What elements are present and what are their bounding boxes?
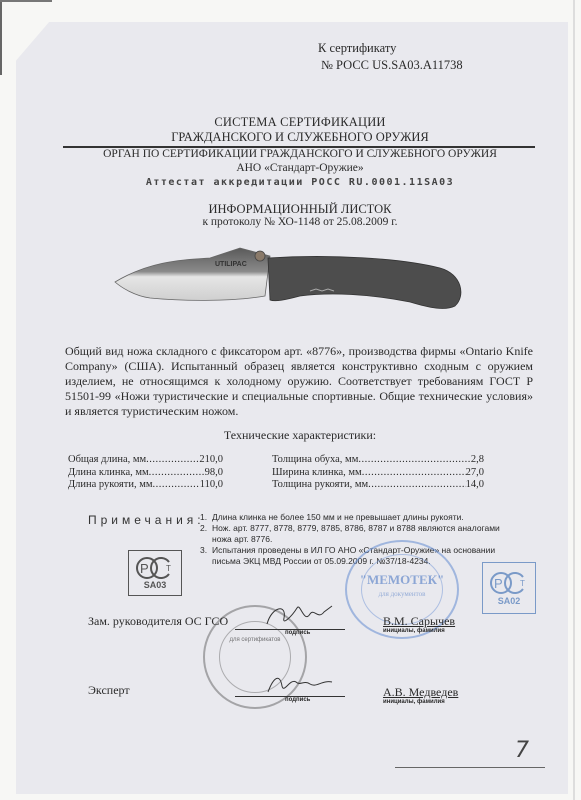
specs-title: Технические характеристики: — [60, 428, 540, 443]
document-title: ИНФОРМАЦИОННЫЙ ЛИСТОК — [60, 202, 540, 217]
leader-dots — [152, 479, 199, 492]
spec-label: Ширина клинка, мм — [272, 467, 362, 480]
knife-photo: UTILIPAC — [110, 236, 470, 316]
note-text: Длина клинка не более 150 мм и не превыш… — [212, 512, 500, 523]
system-title-1: СИСТЕМА СЕРТИФИКАЦИИ — [60, 115, 540, 130]
pct-logo-icon: P T — [135, 556, 175, 580]
name-caption: инициалы, фамилия — [383, 699, 445, 705]
notes-label: Примечания: — [88, 513, 205, 527]
page-number: 7 — [515, 738, 529, 763]
spec-row: Толщина рукояти, мм14,0 — [272, 479, 484, 492]
spec-label: Толщина рукояти, мм — [272, 479, 368, 492]
folding-knife-icon: UTILIPAC — [110, 236, 470, 316]
spec-value: 98,0 — [205, 467, 223, 480]
scan-edge — [0, 0, 2, 75]
rst-certification-mark: P T SA02 — [482, 562, 536, 614]
specs-left-column: Общая длина, мм210,0 Длина клинка, мм98,… — [68, 454, 223, 492]
seal-text: для сертификатов — [205, 637, 305, 644]
name-caption: инициалы, фамилия — [383, 628, 445, 634]
deputy-name: В.М. Сарычев — [383, 614, 455, 629]
leader-dots — [358, 454, 471, 467]
leader-dots — [146, 454, 199, 467]
stamp-title: "МЕМОТЕК" — [347, 572, 457, 588]
expert-name: А.В. Медведев — [383, 685, 458, 700]
leader-dots — [368, 479, 465, 492]
spec-value: 2,8 — [471, 454, 484, 467]
stamp-subtitle: для документов — [347, 590, 457, 598]
spec-row: Длина рукояти, мм110,0 — [68, 479, 223, 492]
svg-text:UTILIPAC: UTILIPAC — [215, 261, 247, 268]
leader-dots — [362, 467, 466, 480]
spec-value: 14,0 — [466, 479, 484, 492]
spec-value: 210,0 — [199, 454, 223, 467]
spec-label: Длина клинка, мм — [68, 467, 149, 480]
note-number: 1. — [200, 512, 212, 523]
spec-row: Длина клинка, мм98,0 — [68, 467, 223, 480]
note-item: 3.Испытания проведены в ИЛ ГО АНО «Станд… — [200, 545, 500, 567]
specs-right-column: Толщина обуха, мм2,8 Ширина клинка, мм27… — [272, 454, 484, 492]
accreditation-line: Аттестат аккредитации РОСС RU.0001.11SA0… — [60, 177, 540, 188]
knife-description: Общий вид ножа складного с фиксатором ар… — [65, 344, 533, 419]
scan-edge — [0, 0, 52, 2]
spec-label: Толщина обуха, мм — [272, 454, 358, 467]
note-item: 1.Длина клинка не более 150 мм и не прев… — [200, 512, 500, 523]
svg-text:T: T — [166, 564, 171, 573]
pct-logo-icon: P T — [489, 570, 529, 596]
cert-ref-label: К сертификату — [318, 40, 463, 57]
spec-value: 110,0 — [200, 479, 223, 492]
signature-caption: подпись — [285, 697, 310, 703]
spec-value: 27,0 — [466, 467, 484, 480]
signature-icon — [260, 668, 340, 698]
logo-code: SA02 — [498, 596, 521, 606]
note-number: 2. — [200, 523, 212, 545]
deputy-role: Зам. руководителя ОС ГСО — [88, 614, 228, 629]
spec-row: Общая длина, мм210,0 — [68, 454, 223, 467]
scan-edge — [573, 0, 575, 800]
bottom-rule — [395, 767, 545, 768]
svg-text:T: T — [520, 579, 525, 588]
certification-organ: ОРГАН ПО СЕРТИФИКАЦИИ ГРАЖДАНСКОГО И СЛУ… — [60, 148, 540, 160]
spec-row: Толщина обуха, мм2,8 — [272, 454, 484, 467]
spec-label: Общая длина, мм — [68, 454, 146, 467]
leader-dots — [149, 467, 205, 480]
system-title-2: ГРАЖДАНСКОГО И СЛУЖЕБНОГО ОРУЖИЯ — [60, 130, 540, 145]
notes-list: 1.Длина клинка не более 150 мм и не прев… — [200, 512, 500, 567]
expert-role: Эксперт — [88, 683, 130, 698]
spec-row: Ширина клинка, мм27,0 — [272, 467, 484, 480]
logo-code: SA03 — [144, 580, 167, 590]
cert-ref-number: № РОСС US.SA03.A11738 — [321, 57, 463, 74]
note-text: Нож. арт. 8777, 8778, 8779, 8785, 8786, … — [212, 523, 500, 545]
svg-text:P: P — [494, 576, 503, 591]
organization-name: АНО «Стандарт-Оружие» — [60, 162, 540, 174]
signature-caption: подпись — [285, 630, 310, 636]
note-item: 2.Нож. арт. 8777, 8778, 8779, 8785, 8786… — [200, 523, 500, 545]
protocol-reference: к протоколу № ХО-1148 от 25.08.2009 г. — [60, 216, 540, 228]
signature-icon — [262, 596, 342, 632]
note-number: 3. — [200, 545, 212, 567]
svg-text:P: P — [140, 561, 149, 576]
certificate-reference: К сертификату № РОСС US.SA03.A11738 — [318, 40, 463, 74]
rst-certification-mark: P T SA03 — [128, 550, 182, 596]
spec-label: Длина рукояти, мм — [68, 479, 152, 492]
